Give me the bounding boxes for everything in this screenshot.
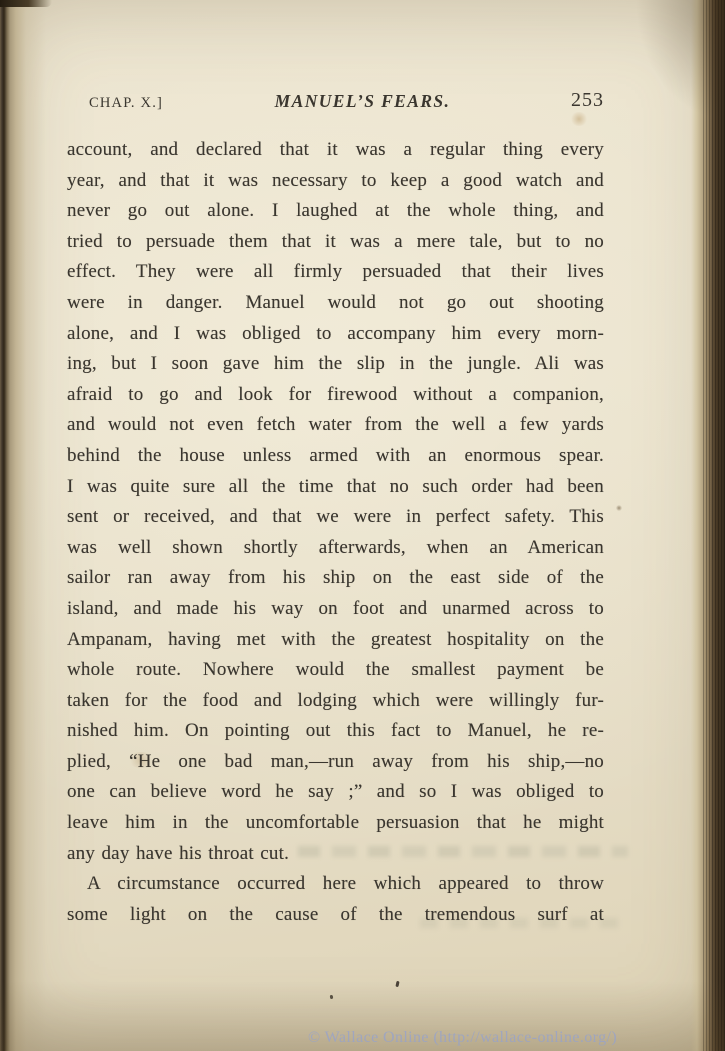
text-line: afraid to go and look for firewood witho… [67, 380, 604, 411]
text-line: plied, “He one bad man,—run away from hi… [67, 747, 604, 778]
text-line: sailor ran away from his ship on the eas… [67, 563, 604, 594]
text-line: behind the house unless armed with an en… [67, 441, 604, 472]
text-line: Ampanam, having met with the greatest ho… [67, 625, 604, 656]
book-binding-edge [0, 0, 46, 1051]
page-stack-edge [691, 0, 725, 1051]
text-line-paragraph-start: A circumstance occurred here which appea… [67, 869, 604, 900]
text-line-paragraph-end: any day have his throat cut. [67, 839, 604, 870]
wallace-online-watermark: © Wallace Online (http://wallace-online.… [308, 1029, 668, 1047]
running-title: MANUEL’S FEARS. [0, 91, 725, 112]
text-line: never go out alone. I laughed at the who… [67, 196, 604, 227]
text-line: effect. They were all firmly persuaded t… [67, 257, 604, 288]
body-text: account, and declared that it was a regu… [67, 135, 604, 930]
top-left-corner-mark [0, 0, 52, 7]
text-line: some light on the cause of the tremendou… [67, 900, 604, 931]
text-line: one can believe word he say ;” and so I … [67, 777, 604, 808]
text-line: was well shown shortly afterwards, when … [67, 533, 604, 564]
text-line: tried to persuade them that it was a mer… [67, 227, 604, 258]
paper-stain [570, 112, 588, 126]
text-line: were in danger. Manuel would not go out … [67, 288, 604, 319]
text-line: account, and declared that it was a regu… [67, 135, 604, 166]
paper-speck [616, 505, 622, 511]
text-line: ing, but I soon gave him the slip in the… [67, 349, 604, 380]
text-line: I was quite sure all the time that no su… [67, 472, 604, 503]
text-line: and would not even fetch water from the … [67, 410, 604, 441]
text-line: sent or received, and that we were in pe… [67, 502, 604, 533]
text-line: alone, and I was obliged to accompany hi… [67, 319, 604, 350]
text-line: year, and that it was necessary to keep … [67, 166, 604, 197]
text-line: taken for the food and lodging which wer… [67, 686, 604, 717]
text-line: whole route. Nowhere would the smallest … [67, 655, 604, 686]
text-line: nished him. On pointing out this fact to… [67, 716, 604, 747]
page-number: 253 [571, 89, 604, 112]
text-line: island, and made his way on foot and una… [67, 594, 604, 625]
ink-speck [330, 995, 334, 999]
text-line: leave him in the uncomfortable persuasio… [67, 808, 604, 839]
scanned-book-page: CHAP. X.] MANUEL’S FEARS. 253 account, a… [0, 0, 725, 1051]
